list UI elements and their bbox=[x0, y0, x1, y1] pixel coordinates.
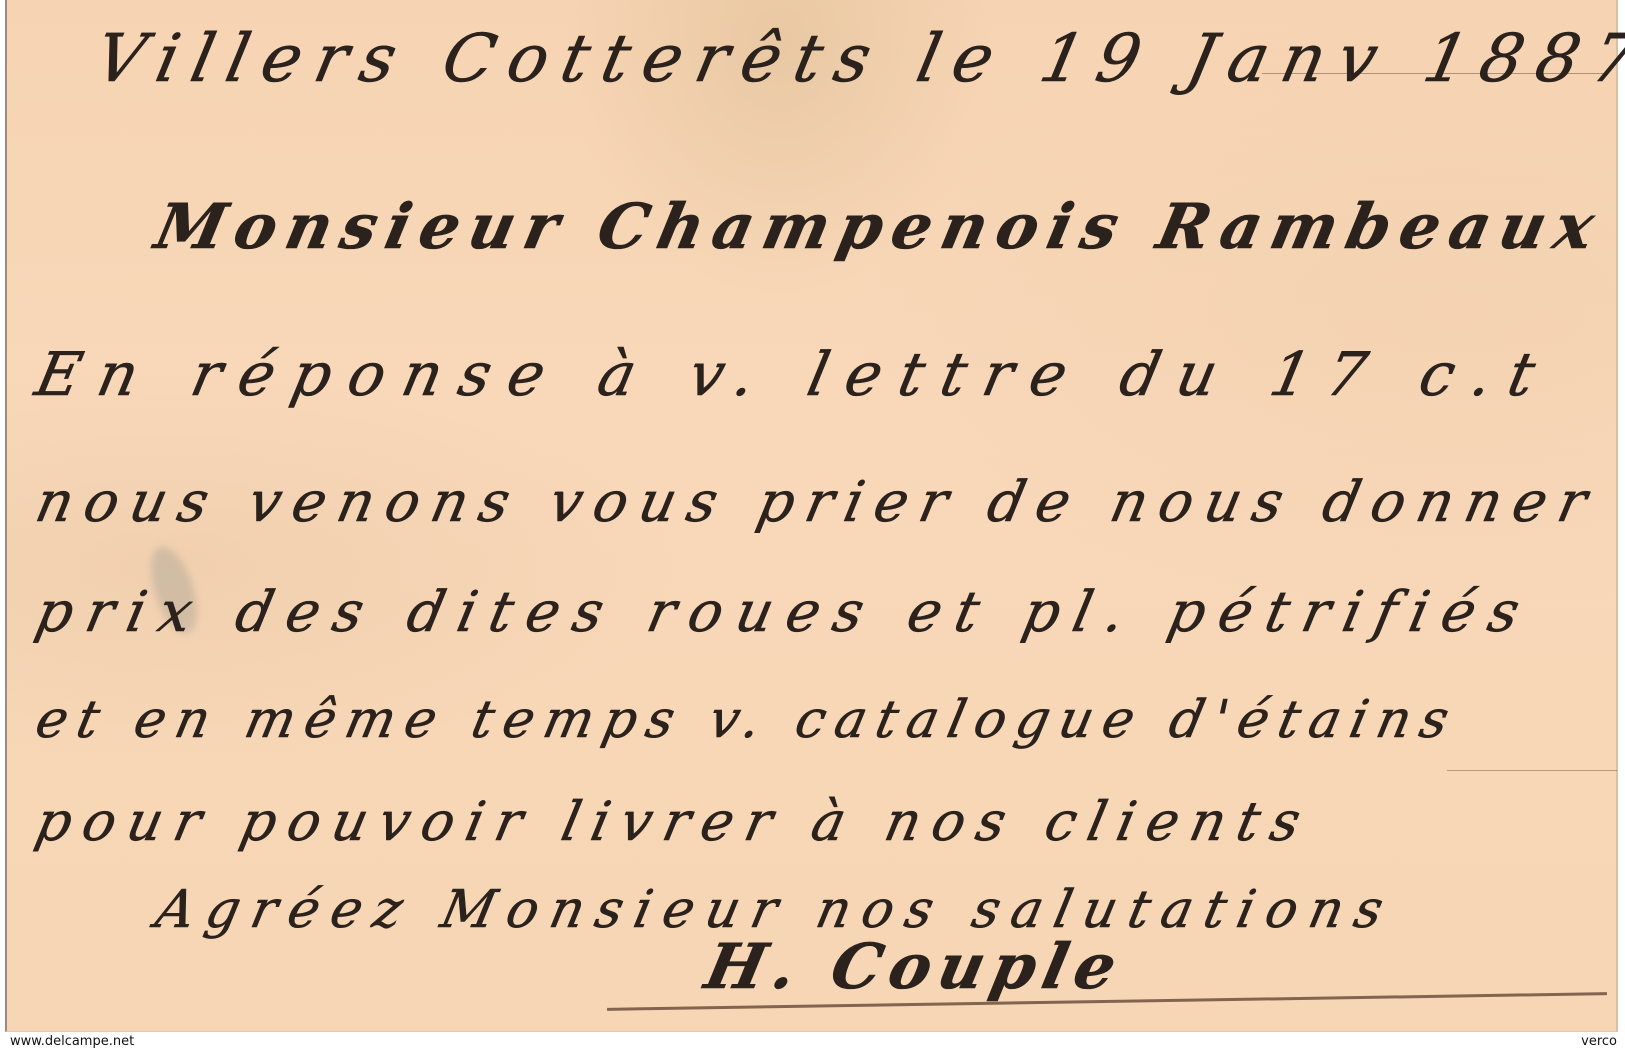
ruled-line-mid-right bbox=[1447, 770, 1617, 771]
postcard: Villers Cotterêts le 19 Janv 1887 Monsie… bbox=[5, 0, 1618, 1032]
body-line-1: En réponse à v. lettre du 17 c.t bbox=[30, 340, 1559, 410]
watermark-delcampe: www.delcampe.net bbox=[10, 1034, 134, 1050]
body-line-2: nous venons vous prier de nous donner le bbox=[30, 470, 1625, 535]
watermark-seller: verco bbox=[1581, 1034, 1617, 1050]
body-line-4: et en même temps v. catalogue d'étains bbox=[31, 690, 1464, 750]
body-line-3: prix des dites roues et pl. pétrifiés bbox=[30, 580, 1539, 645]
place-date-line: Villers Cotterêts le 19 Janv 1887 bbox=[89, 20, 1625, 97]
signature: H. Couple bbox=[699, 930, 1130, 1003]
salutation-line: Monsieur Champenois Rambeaux bbox=[149, 190, 1610, 263]
body-line-5: pour pouvoir livrer à nos clients bbox=[30, 790, 1318, 853]
